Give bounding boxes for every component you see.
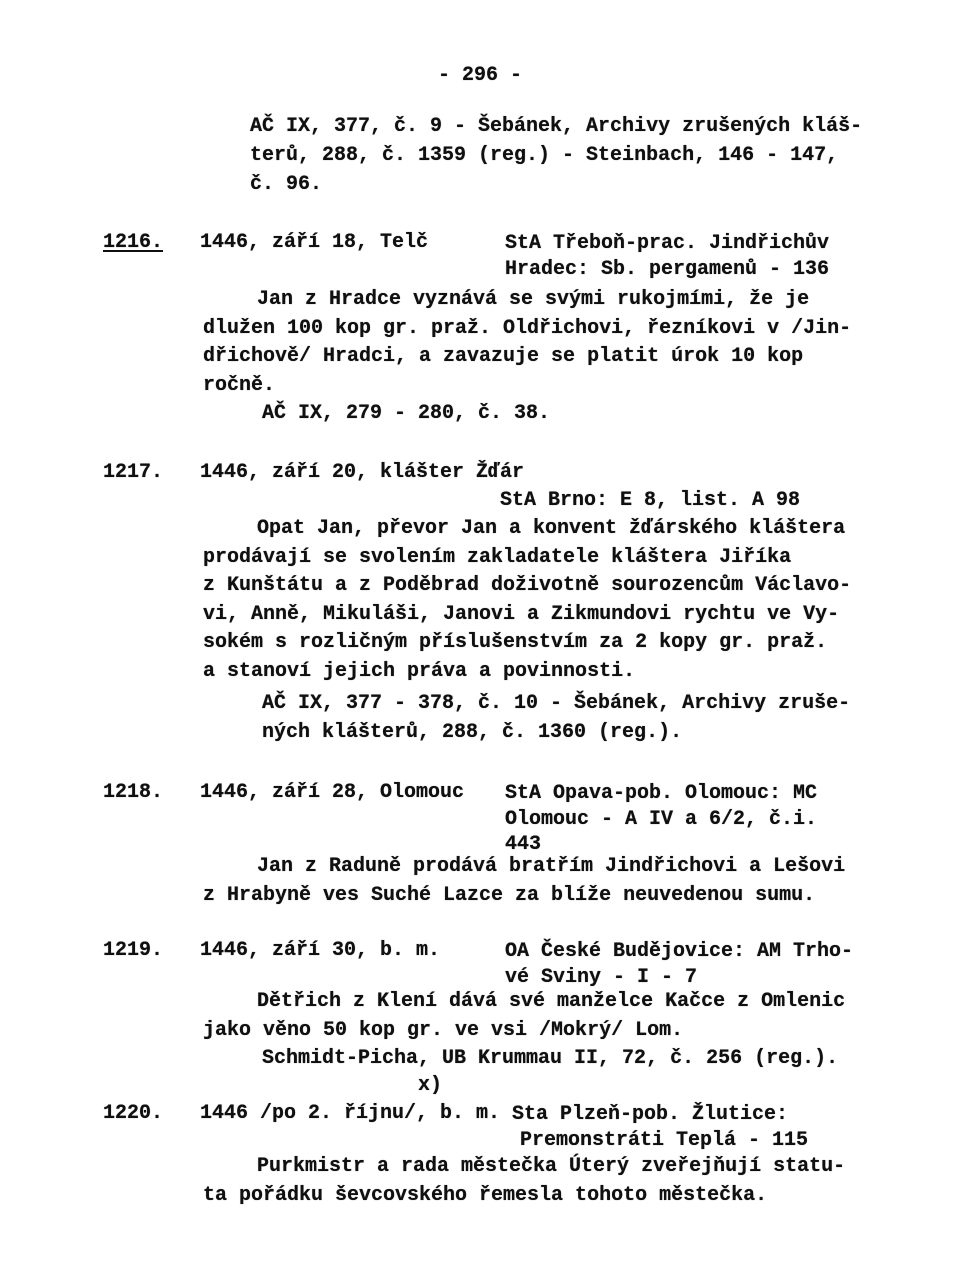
entry-date-place: 1446 /po 2. říjnu/, b. m. — [200, 1102, 500, 1125]
citation-line: ných klášterů, 288, č. 1360 (reg.). — [262, 718, 850, 747]
entry-archive-reference: Sta Plzeň-pob. Žlutice: Premonstráti Tep… — [512, 1102, 852, 1153]
body-line: Purkmistr a rada městečka Úterý zveřejňu… — [203, 1153, 873, 1182]
body-line: a stanoví jejich práva a povinnosti. — [203, 658, 873, 687]
entry-body: Purkmistr a rada městečka Úterý zveřejňu… — [203, 1153, 873, 1210]
entry-number: 1217. — [103, 461, 163, 484]
archive-line: Hradec: Sb. pergamenů - 136 — [505, 257, 855, 283]
archive-line: Sta Plzeň-pob. Žlutice: — [512, 1102, 852, 1128]
body-line: vi, Anně, Mikuláši, Janovi a Zikmundovi … — [203, 601, 873, 630]
entry-number: 1216. — [103, 231, 163, 254]
body-line: Opat Jan, převor Jan a konvent žďárského… — [203, 515, 873, 544]
body-line: dřichově/ Hradci, a zavazuje se platit ú… — [203, 343, 873, 372]
footnote-mark: x) — [418, 1074, 442, 1097]
archive-line: StA Opava-pob. Olomouc: MC — [505, 781, 845, 807]
entry-number: 1218. — [103, 781, 163, 804]
citation-line: Schmidt-Picha, UB Krummau II, 72, č. 256… — [262, 1044, 838, 1073]
entry-archive-reference: StA Brno: E 8, list. A 98 — [500, 488, 860, 514]
citation-line: AČ IX, 279 - 280, č. 38. — [262, 399, 550, 428]
body-line: ročně. — [203, 372, 873, 401]
entry-archive-reference: OA České Budějovice: AM Trho- vé Sviny -… — [505, 939, 865, 990]
archive-line: Premonstráti Teplá - 115 — [512, 1128, 852, 1154]
archive-line: vé Sviny - I - 7 — [505, 965, 865, 991]
entry-body: Jan z Hradce vyznává se svými rukojmími,… — [203, 286, 873, 400]
entry-citation: Schmidt-Picha, UB Krummau II, 72, č. 256… — [262, 1044, 838, 1073]
page-number: - 296 - — [0, 64, 960, 87]
entry-date-place: 1446, září 20, klášter Žďár — [200, 461, 524, 484]
entry-archive-reference: StA Třeboň-prac. Jindřichův Hradec: Sb. … — [505, 231, 855, 282]
body-line: z Kunštátu a z Poděbrad doživotně souroz… — [203, 572, 873, 601]
entry-body: Jan z Raduně prodává bratřím Jindřichovi… — [203, 853, 873, 910]
archive-line: StA Brno: E 8, list. A 98 — [500, 488, 860, 514]
entry-date-place: 1446, září 18, Telč — [200, 231, 428, 254]
scanned-document-page: - 296 - AČ IX, 377, č. 9 - Šebánek, Arch… — [0, 0, 960, 1285]
archive-line: StA Třeboň-prac. Jindřichův — [505, 231, 855, 257]
citation-line: AČ IX, 377 - 378, č. 10 - Šebánek, Archi… — [262, 689, 850, 718]
body-line: sokém s rozličným příslušenstvím za 2 ko… — [203, 629, 873, 658]
entry-date-place: 1446, září 30, b. m. — [200, 939, 440, 962]
body-line: Dětřich z Klení dává své manželce Kačce … — [203, 988, 873, 1017]
entry-body: Opat Jan, převor Jan a konvent žďárského… — [203, 515, 873, 687]
body-line: z Hrabyně ves Suché Lazce za blíže neuve… — [203, 882, 873, 911]
citation-line: č. 96. — [250, 170, 900, 199]
citation-line: terů, 288, č. 1359 (reg.) - Steinbach, 1… — [250, 141, 900, 170]
continuation-citation-block: AČ IX, 377, č. 9 - Šebánek, Archivy zruš… — [250, 112, 900, 199]
entry-citation: AČ IX, 377 - 378, č. 10 - Šebánek, Archi… — [262, 689, 850, 747]
body-line: dlužen 100 kop gr. praž. Oldřichovi, řez… — [203, 315, 873, 344]
entry-citation: AČ IX, 279 - 280, č. 38. — [262, 399, 550, 428]
body-line: Jan z Hradce vyznává se svými rukojmími,… — [203, 286, 873, 315]
archive-line: Olomouc - A IV a 6/2, č.i. — [505, 807, 845, 833]
citation-line: AČ IX, 377, č. 9 - Šebánek, Archivy zruš… — [250, 112, 900, 141]
entry-number: 1220. — [103, 1102, 163, 1125]
entry-date-place: 1446, září 28, Olomouc — [200, 781, 464, 804]
entry-number: 1219. — [103, 939, 163, 962]
entry-archive-reference: StA Opava-pob. Olomouc: MC Olomouc - A I… — [505, 781, 845, 858]
body-line: ta pořádku ševcovského řemesla tohoto mě… — [203, 1182, 873, 1211]
body-line: prodávají se svolením zakladatele klášte… — [203, 544, 873, 573]
body-line: jako věno 50 kop gr. ve vsi /Mokrý/ Lom. — [203, 1017, 873, 1046]
body-line: Jan z Raduně prodává bratřím Jindřichovi… — [203, 853, 873, 882]
archive-line: OA České Budějovice: AM Trho- — [505, 939, 865, 965]
entry-body: Dětřich z Klení dává své manželce Kačce … — [203, 988, 873, 1045]
